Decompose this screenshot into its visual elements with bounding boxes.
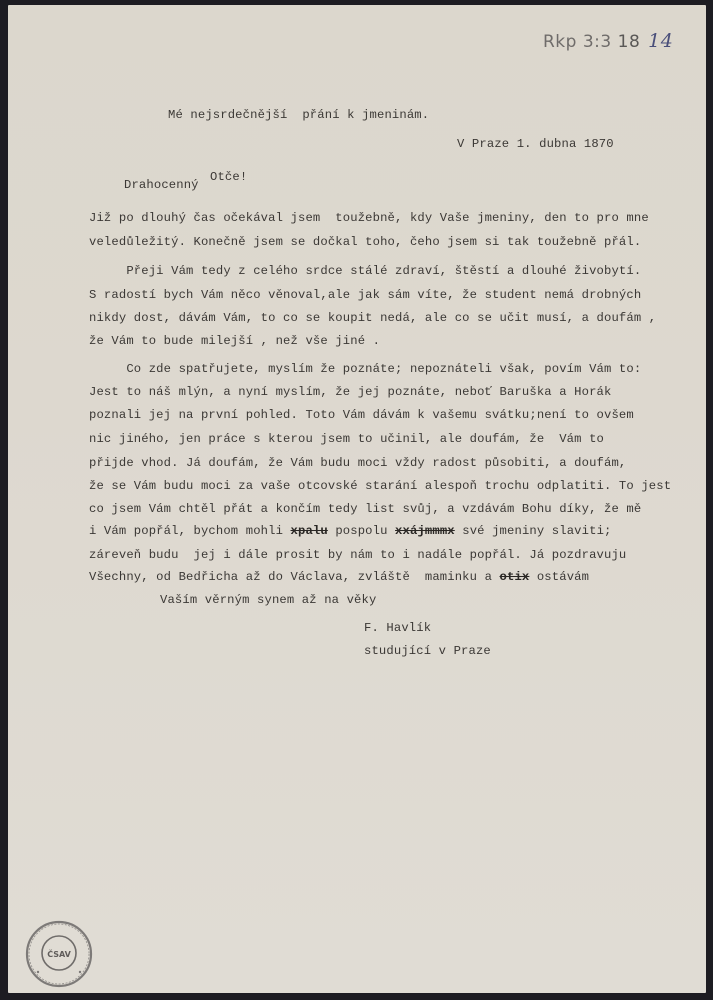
shelfmark-typed: Rkp 3:3 [543, 32, 612, 52]
body-line: poznali jej na první pohled. Toto Vám dá… [89, 408, 634, 422]
signature-name: F. Havlík [364, 621, 431, 635]
text-fragment: Všechny, od Bedřicha až do Václava, zvlá… [89, 570, 500, 584]
body-line: záreveň budu jej i dále prosit by nám to… [89, 548, 626, 562]
body-line: že se Vám budu moci za vaše otcovské sta… [89, 479, 671, 493]
text-fragment: ostávám [529, 570, 589, 584]
closing-line: Vaším věrným synem až na věky [160, 593, 376, 607]
body-line: Již po dlouhý čas očekával jsem toužebně… [89, 211, 649, 225]
struck-out-word: xxájmmmx [395, 524, 455, 538]
archive-stamp-icon: ČSAV [24, 919, 94, 989]
struck-out-word: xpalu [291, 524, 328, 538]
salutation-second: Otče! [210, 170, 247, 184]
body-line: veledůležitý. Konečně jsem se dočkal toh… [89, 235, 641, 249]
body-line: Všechny, od Bedřicha až do Václava, zvlá… [89, 570, 589, 584]
stamp-center-text: ČSAV [47, 948, 71, 959]
body-line: co jsem Vám chtěl přát a končím tedy lis… [89, 502, 641, 516]
heading: Mé nejsrdečnější přání k jmeninám. [168, 108, 429, 122]
body-line: nic jiného, jen práce s kterou jsem to u… [89, 432, 604, 446]
text-fragment: i Vám popřál, bychom mohli [89, 524, 291, 538]
text-fragment: pospolu [328, 524, 395, 538]
body-line: Jest to náš mlýn, a nyní myslím, že jej … [89, 385, 611, 399]
body-line: že Vám to bude milejší , než vše jiné . [89, 334, 380, 348]
shelfmark-handwritten-number: 14 [648, 30, 673, 52]
struck-out-word: otix [500, 570, 530, 584]
text-fragment: své jmeniny slaviti; [455, 524, 612, 538]
shelfmark: Rkp 3:3 18 14 [543, 30, 673, 52]
letter-page: Rkp 3:3 18 14 Mé nejsrdečnější přání k j… [8, 5, 706, 993]
body-line: nikdy dost, dávám Vám, to co se koupit n… [89, 311, 656, 325]
body-line: S radostí bych Vám něco věnoval,ale jak … [89, 288, 641, 302]
salutation-first: Drahocenný [124, 178, 199, 192]
body-line: Přeji Vám tedy z celého srdce stálé zdra… [89, 264, 641, 278]
signature-title: studující v Praze [364, 644, 491, 658]
body-line: přijde vhod. Já doufám, že Vám budu moci… [89, 456, 626, 470]
place-date: V Praze 1. dubna 1870 [457, 137, 614, 151]
body-line: i Vám popřál, bychom mohli xpalu pospolu… [89, 524, 612, 538]
body-line: Co zde spatřujete, myslím že poznáte; ne… [89, 362, 641, 376]
shelfmark-struck-number: 18 [618, 32, 641, 52]
